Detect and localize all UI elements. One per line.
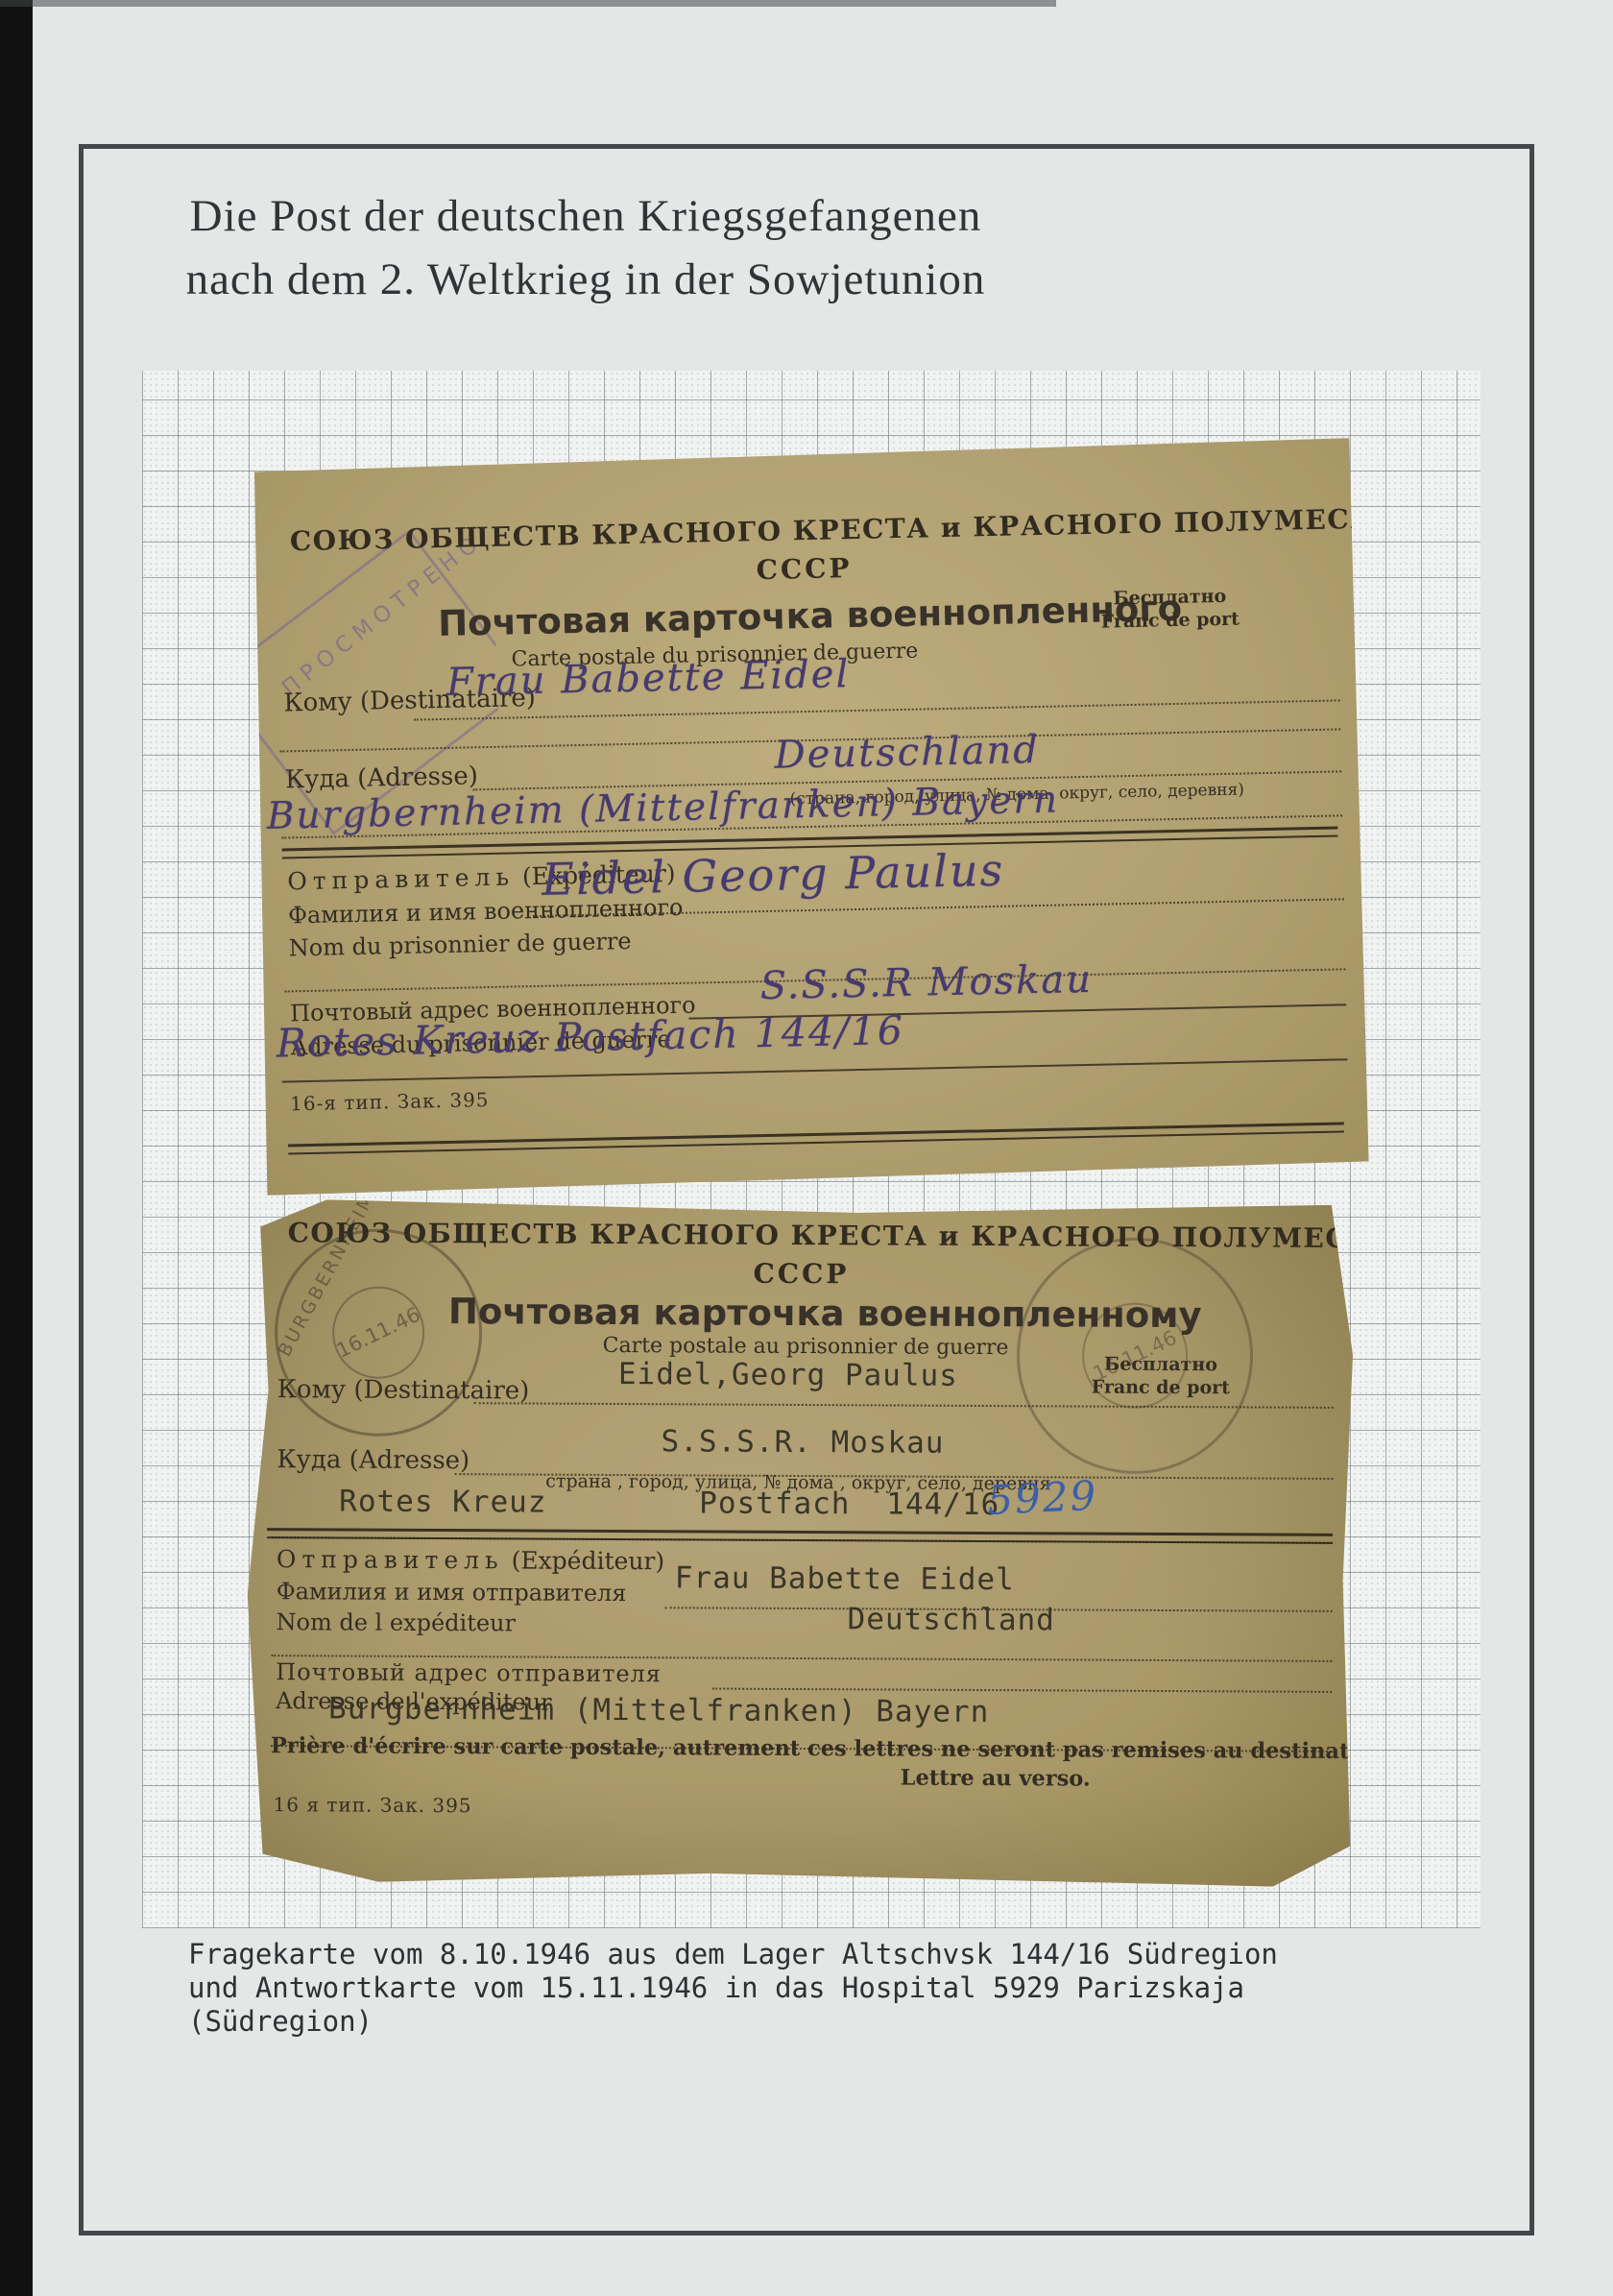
card2-sender-sub-ru: Фамилия и имя отправителя — [277, 1578, 627, 1607]
card2-org-line: СОЮЗ ОБЩЕСТВ КРАСНОГО КРЕСТА и КРАСНОГО … — [288, 1217, 1315, 1254]
page-title-line1: Die Post der deutschen Kriegsgefangenen — [115, 184, 1056, 248]
card2-where-value2-handwritten: 5929 — [986, 1472, 1098, 1524]
card2-where-label-text: Куда (Adresse) — [277, 1445, 469, 1475]
card2-sender-label-fr: (Expéditeur) — [512, 1546, 665, 1575]
card2-sender-label: Отправитель (Expéditeur) — [277, 1545, 664, 1575]
exhibit-caption: Fragekarte vom 8.10.1946 aus dem Lager A… — [188, 1938, 1436, 2039]
caption-line2: und Antwortkarte vom 15.11.1946 in das H… — [188, 1971, 1436, 2005]
postcard-2: BURGBERNHEIM 16.11.46 16.11.46 СОЮЗ ОБЩЕ… — [246, 1199, 1354, 1887]
dotted-line — [712, 1665, 1332, 1693]
card1-where-label: Куда (Adresse) — [285, 761, 478, 794]
card2-org-line2: СССР — [287, 1255, 1314, 1293]
caption-line1: Fragekarte vom 8.10.1946 aus dem Lager A… — [188, 1938, 1436, 1971]
card2-cardtype-fr: Carte postale au prisonnier de guerre — [489, 1333, 1122, 1360]
card1-free-fr: Franc de port — [1079, 607, 1262, 634]
card1-sender-sub-fr: Nom du prisonnier de guerre — [288, 928, 631, 961]
caption-line3: (Südregion) — [188, 2005, 1436, 2039]
card2-cardtype-ru: Почтовая карточка военнопленному — [393, 1291, 1257, 1337]
card1-imprint: 16-я тип. Зак. 395 — [290, 1088, 490, 1115]
card2-imprint: 16 я тип. Зак. 395 — [274, 1793, 472, 1817]
card2-note2: Lettre au verso. — [842, 1765, 1149, 1792]
page-title-line2: nach dem 2. Weltkrieg in der Sowjetunion — [115, 248, 1056, 311]
dotted-line — [474, 1379, 1334, 1409]
card2-sender-label-ru: Отправитель — [277, 1545, 504, 1574]
card1-sender-label-ru: Отправитель — [287, 862, 515, 895]
card1-free-of-charge: Бесплатно Franc de port — [1078, 584, 1262, 634]
card2-note1: Prière d'écrire sur carte postale, autre… — [271, 1733, 1397, 1764]
scanner-edge-left — [0, 0, 33, 2296]
card2-addr-label-ru: Почтовый адрес отправителя — [276, 1658, 662, 1687]
scanner-edge-top — [0, 0, 1056, 7]
postcard-1: ПРОСМОТРЕНО СОЮЗ ОБЩЕСТВ КРАСНОГО КРЕСТА… — [250, 438, 1369, 1196]
card2-sender-value2: Deutschland — [847, 1602, 1054, 1637]
page-title: Die Post der deutschen Kriegsgefangenen … — [115, 184, 1056, 311]
divider-rule — [288, 1122, 1344, 1154]
dotted-line — [271, 1631, 1332, 1662]
